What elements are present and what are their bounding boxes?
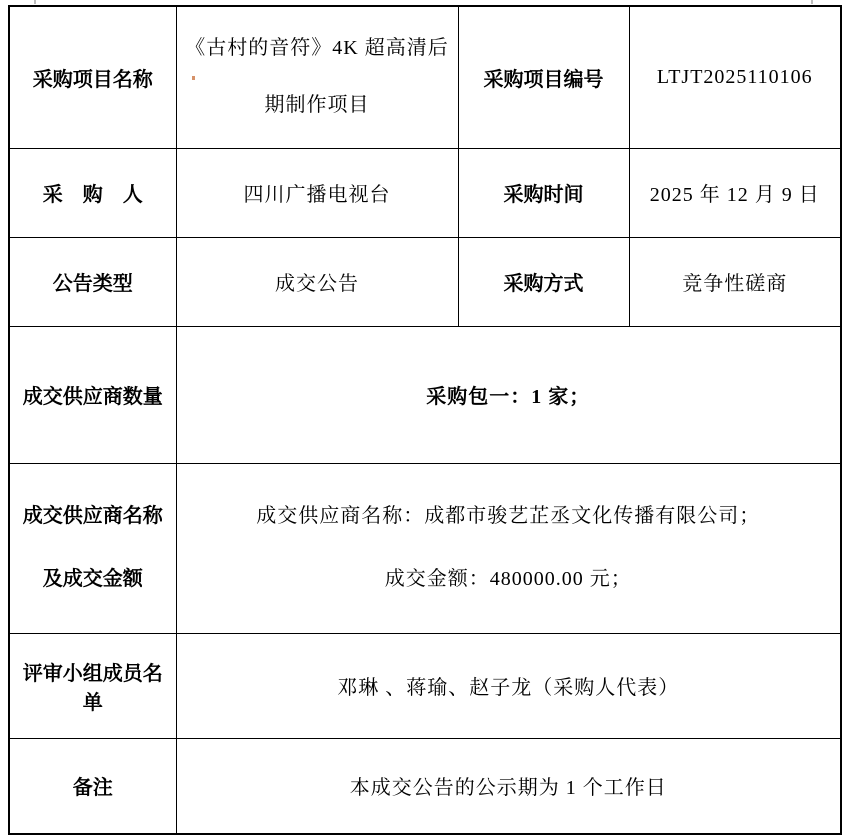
supplier-name-amount-value-lines: 成交供应商名称：成都市骏艺芷丞文化传播有限公司； 成交金额：480000.00 … (181, 485, 837, 611)
row-supplier-count: 成交供应商数量 采购包一：1 家； (9, 326, 841, 463)
procurement-award-table: 采购项目名称 《古村的音符》4K 超高清后 期制作项目 采购项目编号 LTJT2… (8, 5, 842, 835)
project-number-value: LTJT2025110106 (629, 6, 841, 148)
announcement-type-value: 成交公告 (176, 237, 458, 326)
purchase-time-label: 采购时间 (458, 148, 629, 237)
row-remarks: 备注 本成交公告的公示期为 1 个工作日 (9, 738, 841, 834)
purchase-method-value: 竞争性磋商 (629, 237, 841, 326)
review-panel-label: 评审小组成员名单 (9, 633, 176, 738)
purchase-time-value: 2025 年 12 月 9 日 (629, 148, 841, 237)
supplier-name-amount-label: 成交供应商名称 及成交金额 (9, 463, 176, 633)
cropped-gridline-tick-left (34, 0, 36, 4)
cropped-gridline-tick-right (811, 0, 813, 4)
row-announcement-type: 公告类型 成交公告 采购方式 竞争性磋商 (9, 237, 841, 326)
value-line: 成交供应商名称：成都市骏艺芷丞文化传播有限公司； (181, 485, 837, 548)
project-name-value: 《古村的音符》4K 超高清后 期制作项目 (176, 6, 458, 148)
supplier-count-label: 成交供应商数量 (9, 326, 176, 463)
supplier-name-amount-label-lines: 成交供应商名称 及成交金额 (14, 485, 172, 611)
project-number-label: 采购项目编号 (458, 6, 629, 148)
purchase-method-label: 采购方式 (458, 237, 629, 326)
remarks-label: 备注 (9, 738, 176, 834)
label-line: 成交供应商名称 (14, 485, 172, 548)
row-supplier-name-amount: 成交供应商名称 及成交金额 成交供应商名称：成都市骏艺芷丞文化传播有限公司； 成… (9, 463, 841, 633)
document-page: 采购项目名称 《古村的音符》4K 超高清后 期制作项目 采购项目编号 LTJT2… (0, 0, 845, 838)
project-name-label: 采购项目名称 (9, 6, 176, 148)
review-panel-value: 邓琳 、蒋瑜、赵子龙（采购人代表） (176, 633, 841, 738)
supplier-name-amount-value: 成交供应商名称：成都市骏艺芷丞文化传播有限公司； 成交金额：480000.00 … (176, 463, 841, 633)
announcement-type-label: 公告类型 (9, 237, 176, 326)
remarks-value: 本成交公告的公示期为 1 个工作日 (176, 738, 841, 834)
value-line: 《古村的音符》4K 超高清后 (181, 20, 454, 77)
purchaser-label: 采 购 人 (9, 148, 176, 237)
label-line: 及成交金额 (14, 548, 172, 611)
row-review-panel: 评审小组成员名单 邓琳 、蒋瑜、赵子龙（采购人代表） (9, 633, 841, 738)
value-line: 期制作项目 (181, 77, 454, 134)
supplier-count-value: 采购包一：1 家； (176, 326, 841, 463)
row-purchaser: 采 购 人 四川广播电视台 采购时间 2025 年 12 月 9 日 (9, 148, 841, 237)
project-name-value-lines: 《古村的音符》4K 超高清后 期制作项目 (181, 20, 454, 134)
row-project-name: 采购项目名称 《古村的音符》4K 超高清后 期制作项目 采购项目编号 LTJT2… (9, 6, 841, 148)
purchaser-value: 四川广播电视台 (176, 148, 458, 237)
value-line: 成交金额：480000.00 元； (181, 548, 837, 611)
